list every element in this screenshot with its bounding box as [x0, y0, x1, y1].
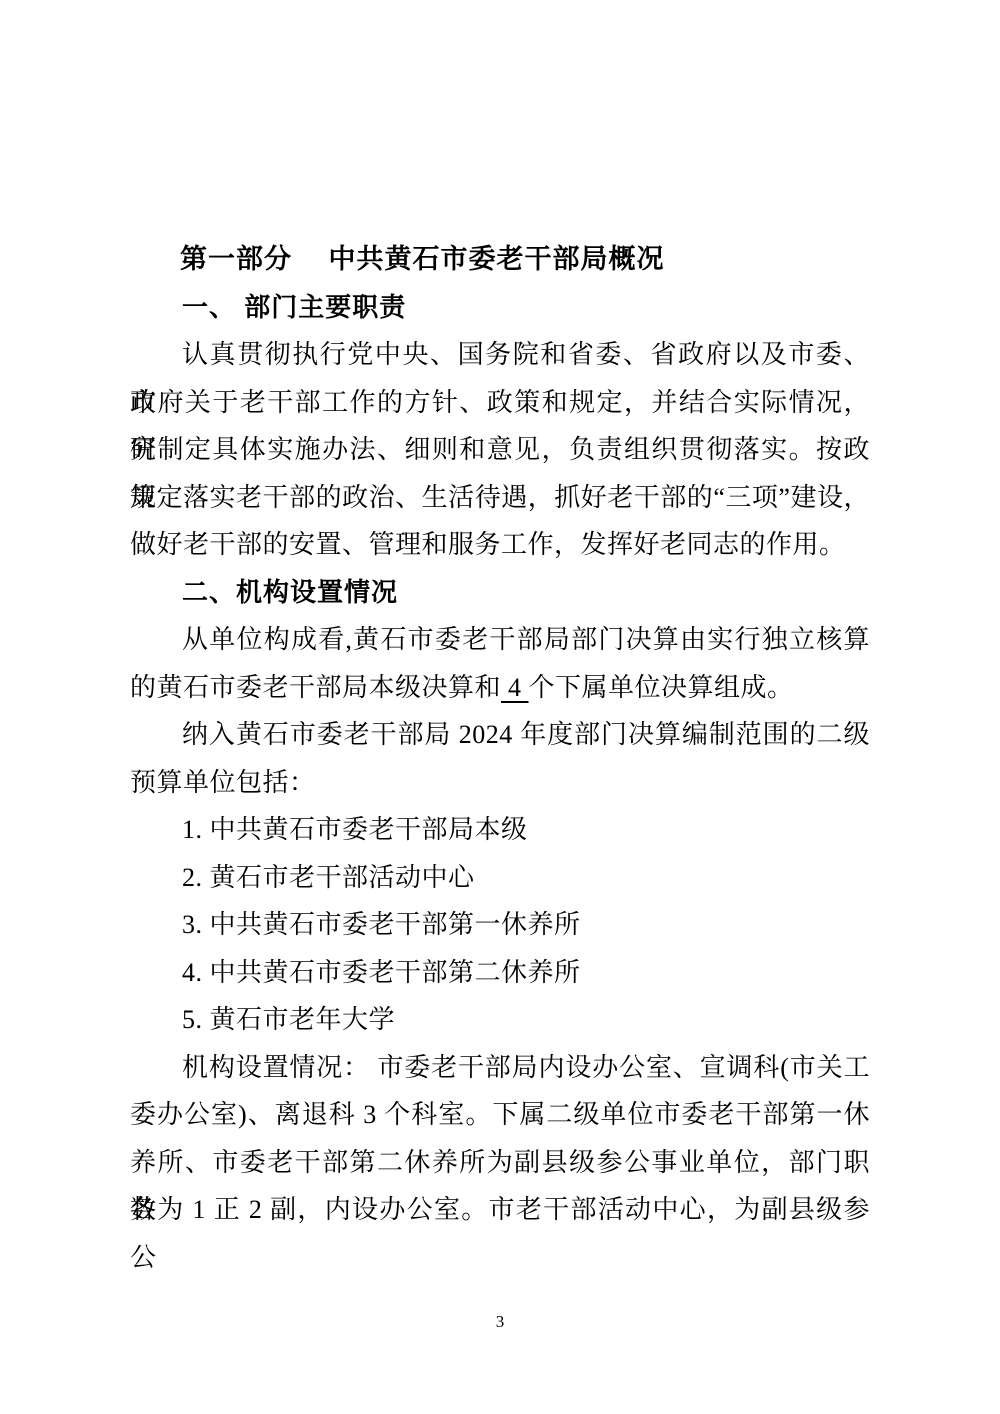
text-line: 4. 中共黄石市委老干部第二休养所	[130, 949, 870, 997]
text-line: 3. 中共黄石市委老干部第一休养所	[130, 901, 870, 949]
text-line: 的黄石市委老干部局本级决算和 4 个下属单位决算组成。	[130, 664, 870, 712]
text-segment: 的黄石市委老干部局本级决算和	[130, 673, 501, 702]
section-heading: 二、机构设置情况	[130, 569, 870, 617]
text-line: 预算单位包括：	[130, 759, 870, 807]
document-title: 第一部分 中共黄石市委老干部局概况	[130, 236, 870, 284]
text-line: 从单位构成看,黄石市委老干部局部门决算由实行独立核算	[130, 616, 870, 664]
text-line: 养所、市委老干部第二休养所为副县级参公事业单位，部门职数	[130, 1139, 870, 1187]
underlined-value: 4	[501, 673, 529, 702]
text-line: 机构设置情况： 市委老干部局内设办公室、宣调科(市关工	[130, 1044, 870, 1092]
text-line: 纳入黄石市委老干部局 2024 年度部门决算编制范围的二级	[130, 711, 870, 759]
text-segment: 个下属单位决算组成。	[529, 673, 794, 702]
text-line: 究制定具体实施办法、细则和意见，负责组织贯彻落实。按政策	[130, 426, 870, 474]
text-line: 做好老干部的安置、管理和服务工作，发挥好老同志的作用。	[130, 521, 870, 569]
text-line: 各为 1 正 2 副，内设办公室。市老干部活动中心，为副县级参公	[130, 1186, 870, 1234]
text-line: 2. 黄石市老干部活动中心	[130, 854, 870, 902]
text-line: 认真贯彻执行党中央、国务院和省委、省政府以及市委、市	[130, 331, 870, 379]
text-line: 5. 黄石市老年大学	[130, 996, 870, 1044]
text-line: 政府关于老干部工作的方针、政策和规定，并结合实际情况，研	[130, 379, 870, 427]
page-number: 3	[0, 1312, 1000, 1332]
text-line: 委办公室)、离退科 3 个科室。下属二级单位市委老干部第一休	[130, 1091, 870, 1139]
document-page: 第一部分 中共黄石市委老干部局概况一、 部门主要职责认真贯彻执行党中央、国务院和…	[0, 0, 1000, 1414]
document-body: 第一部分 中共黄石市委老干部局概况一、 部门主要职责认真贯彻执行党中央、国务院和…	[130, 236, 870, 1234]
text-line: 1. 中共黄石市委老干部局本级	[130, 806, 870, 854]
text-line: 规定落实老干部的政治、生活待遇，抓好老干部的“三项”建设，	[130, 474, 870, 522]
section-heading: 一、 部门主要职责	[130, 284, 870, 332]
